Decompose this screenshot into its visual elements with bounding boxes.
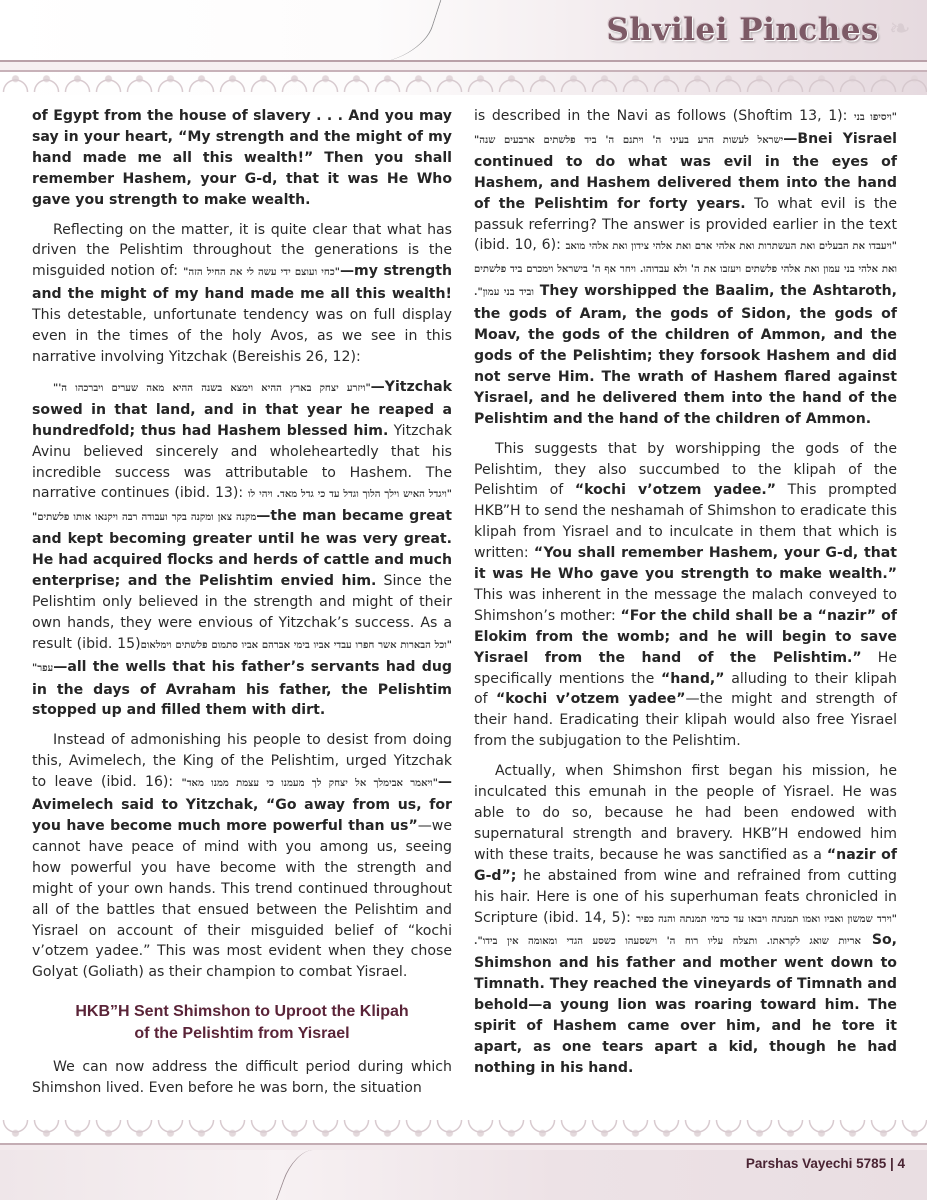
hebrew-quote: "ויזרע יצחק בארץ ההיא וימצא בשנה ההיא מא… <box>53 383 371 394</box>
page-number-label: Parshas Vayechi 5785 | 4 <box>746 1156 905 1171</box>
body-text: We can now address the difficult period … <box>32 1059 452 1096</box>
footer-ornamental-border <box>0 1120 927 1142</box>
body-text: —we cannot have peace of mind with you a… <box>32 818 452 980</box>
quote-bold: So, Shimshon and his father and mother w… <box>474 932 897 1075</box>
hebrew-quote: "ויאמר אבימלך אל יצחק לך מעמנו כי עצמת מ… <box>182 778 438 789</box>
paragraph: is described in the Navi as follows (Sho… <box>474 106 897 430</box>
left-column: of Egypt from the house of slavery . . .… <box>32 106 452 1108</box>
quote-bold: They worshipped the Baalim, the Ashtarot… <box>474 283 897 426</box>
quote-bold: “kochi v’otzem yadee” <box>496 691 685 707</box>
header-ornamental-border <box>0 70 927 92</box>
quote-bold: —all the wells that his father’s servant… <box>32 659 452 719</box>
paragraph: Instead of admonishing his people to des… <box>32 730 452 983</box>
paragraph: We can now address the difficult period … <box>32 1057 452 1099</box>
paragraph: This suggests that by worshipping the go… <box>474 439 897 753</box>
quote-bold: “You shall remember Hashem, your G-d, th… <box>474 545 897 582</box>
paragraph: Actually, when Shimshon first began his … <box>474 761 897 1079</box>
body-text: This detestable, unfortunate tendency wa… <box>32 307 452 365</box>
body-text: is described in the Navi as follows (Sho… <box>474 108 854 124</box>
paragraph: Reflecting on the matter, it is quite cl… <box>32 220 452 368</box>
hebrew-quote: "כחי ועוצם ידי עשה לי את החיל הזה" <box>183 267 340 278</box>
right-column: is described in the Navi as follows (Sho… <box>474 106 897 1088</box>
section-heading-line: HKB”H Sent Shimshon to Uproot the Klipah <box>32 1001 452 1023</box>
section-heading: HKB”H Sent Shimshon to Uproot the Klipah… <box>32 1001 452 1045</box>
footer-decorative-curve <box>276 1150 325 1200</box>
paragraph: "ויזרע יצחק בארץ ההיא וימצא בשנה ההיא מא… <box>32 377 452 722</box>
quote-bold: of Egypt from the house of slavery . . .… <box>32 108 452 208</box>
paragraph: of Egypt from the house of slavery . . .… <box>32 106 452 211</box>
publication-title: Shvilei Pinches <box>607 12 880 48</box>
quote-bold: “hand,” <box>661 671 725 687</box>
header-decorative-curve <box>330 0 442 64</box>
section-heading-line: of the Pelishtim from Yisrael <box>32 1023 452 1045</box>
page-footer: Parshas Vayechi 5785 | 4 <box>0 1150 927 1200</box>
quote-bold: “kochi v’otzem yadee.” <box>575 482 776 498</box>
swirl-ornament-icon: ❧ <box>889 16 911 42</box>
